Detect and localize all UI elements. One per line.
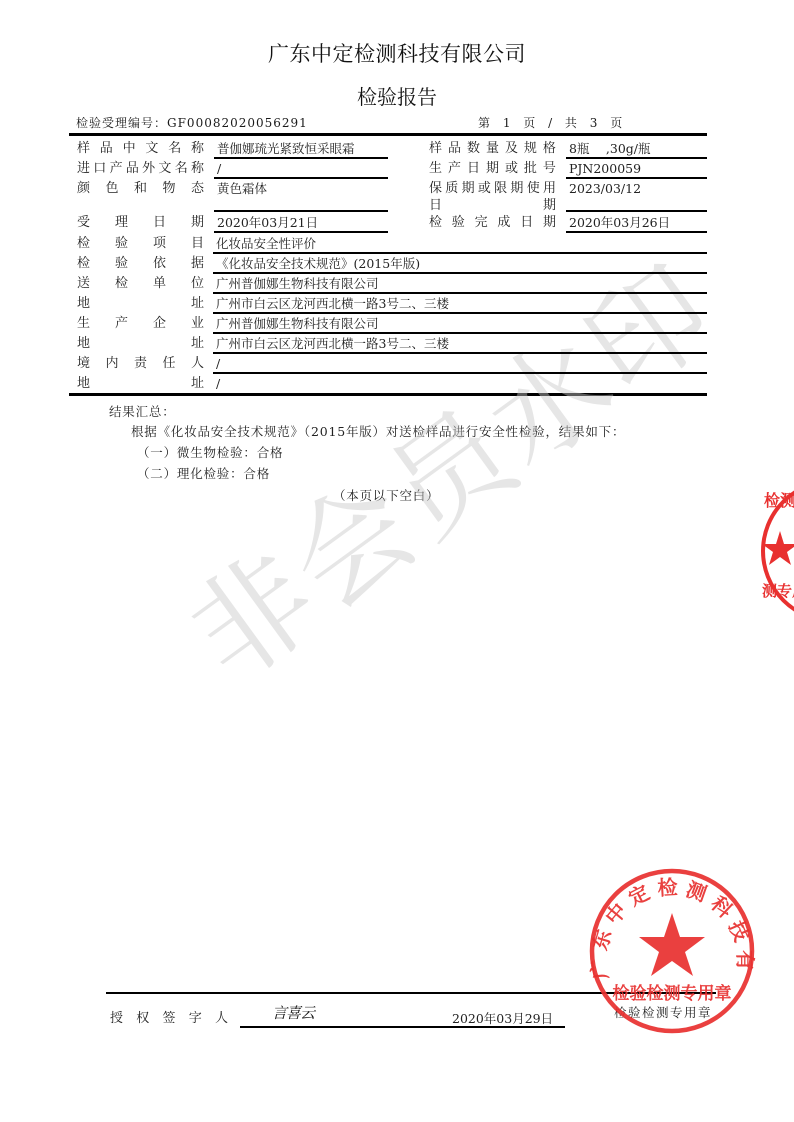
blank-note: （本页以下空白） bbox=[333, 486, 439, 504]
field-value-full-4: 广州普伽娜生物科技有限公司 bbox=[216, 315, 379, 332]
field-label-full-4: 生产企业 bbox=[77, 315, 204, 332]
side-stamp: 检测 测专用 bbox=[758, 476, 794, 626]
side-stamp-bottom-text: 测专用 bbox=[762, 582, 794, 600]
star-icon bbox=[762, 531, 794, 565]
field-underline-full-3 bbox=[213, 312, 707, 314]
field-value-full-3: 广州市白云区龙河西北横一路3号二、三楼 bbox=[216, 295, 449, 312]
field-value-right-2: 2023/03/12 bbox=[569, 180, 641, 197]
header-divider bbox=[69, 133, 707, 136]
field-value-left-2: 黄色霜体 bbox=[217, 180, 267, 197]
field-value-full-7: / bbox=[216, 375, 220, 392]
field-underline-left-0 bbox=[214, 157, 388, 159]
stamp-bottom-text: 检验检测专用章 bbox=[613, 983, 732, 1004]
acceptance-number: 检验受理编号：GF00082020056291 bbox=[76, 114, 308, 131]
field-value-left-1: / bbox=[217, 160, 221, 177]
field-value-full-5: 广州市白云区龙河西北横一路3号二、三楼 bbox=[216, 335, 449, 352]
field-underline-right-0 bbox=[566, 157, 707, 159]
field-label-left-3: 受理日期 bbox=[77, 214, 204, 231]
field-value-full-6: / bbox=[216, 355, 220, 372]
company-name: 广东中定检测科技有限公司 bbox=[0, 38, 794, 68]
field-label-right-0: 样品数量及规格 bbox=[429, 140, 556, 157]
field-underline-right-3 bbox=[566, 231, 707, 233]
field-value-left-0: 普伽娜琉光紧致恒采眼霜 bbox=[217, 140, 355, 157]
field-value-right-3: 2020年03月26日 bbox=[569, 214, 670, 231]
summary-intro: 根据《化妆品安全技术规范》（2015年版）对送检样品进行安全性检验，结果如下： bbox=[131, 422, 625, 440]
official-stamp: 广东中定检测科技有限公司 检验检测专用章 bbox=[583, 865, 761, 1035]
field-underline-full-1 bbox=[213, 272, 707, 274]
page-info: 第 1 页 / 共 3 页 bbox=[478, 114, 623, 131]
field-underline-full-6 bbox=[213, 372, 707, 374]
signer-label: 授权签字人 bbox=[110, 1010, 228, 1027]
field-label-right-1: 生产日期或批号 bbox=[429, 160, 556, 177]
field-underline-full-4 bbox=[213, 332, 707, 334]
report-title: 检验报告 bbox=[0, 81, 794, 110]
field-label-left-2: 颜色和物态 bbox=[77, 180, 204, 197]
field-label-full-0: 检验项目 bbox=[77, 235, 204, 252]
field-label-right-2-line1: 保质期或限期使用 bbox=[429, 180, 556, 197]
field-label-full-7: 地址 bbox=[77, 375, 204, 392]
field-label-full-2: 送检单位 bbox=[77, 275, 204, 292]
sign-date: 2020年03月29日 bbox=[452, 1010, 553, 1027]
summary-heading: 结果汇总： bbox=[109, 402, 176, 420]
field-label-right-3: 检验完成日期 bbox=[429, 214, 556, 231]
field-underline-left-1 bbox=[214, 177, 388, 179]
field-value-right-0: 8瓶 ,30g/瓶 bbox=[569, 140, 651, 157]
field-underline-full-0 bbox=[213, 252, 707, 254]
acceptance-number-value: GF00082020056291 bbox=[167, 116, 308, 130]
table-bottom-divider bbox=[69, 393, 707, 396]
field-label-full-5: 地址 bbox=[77, 335, 204, 352]
field-value-full-2: 广州普伽娜生物科技有限公司 bbox=[216, 275, 379, 292]
acceptance-number-label: 检验受理编号： bbox=[76, 116, 167, 130]
field-value-full-1: 《化妆品安全技术规范》(2015年版) bbox=[216, 255, 420, 272]
field-underline-right-1 bbox=[566, 177, 707, 179]
field-underline-full-2 bbox=[213, 292, 707, 294]
field-label-left-1: 进口产品外文名称 bbox=[77, 160, 204, 177]
summary-item-1: （一）微生物检验：合格 bbox=[137, 443, 283, 461]
field-label-full-3: 地址 bbox=[77, 295, 204, 312]
field-label-full-1: 检验依据 bbox=[77, 255, 204, 272]
field-underline-right-2 bbox=[566, 210, 707, 212]
field-label-right-2-line2: 日期 bbox=[429, 197, 556, 214]
star-icon bbox=[639, 913, 705, 976]
field-value-left-3: 2020年03月21日 bbox=[217, 214, 318, 231]
field-label-full-6: 境内责任人 bbox=[77, 355, 204, 372]
field-value-right-1: PJN200059 bbox=[569, 160, 641, 177]
side-stamp-top-text: 检测 bbox=[764, 491, 794, 510]
field-underline-left-2 bbox=[214, 210, 388, 212]
summary-item-2: （二）理化检验：合格 bbox=[137, 464, 270, 482]
signature: 言喜云 bbox=[272, 1002, 314, 1023]
field-value-full-0: 化妆品安全性评价 bbox=[216, 235, 316, 252]
field-underline-left-3 bbox=[214, 231, 388, 233]
field-label-left-0: 样品中文名称 bbox=[77, 140, 204, 157]
field-underline-full-5 bbox=[213, 352, 707, 354]
